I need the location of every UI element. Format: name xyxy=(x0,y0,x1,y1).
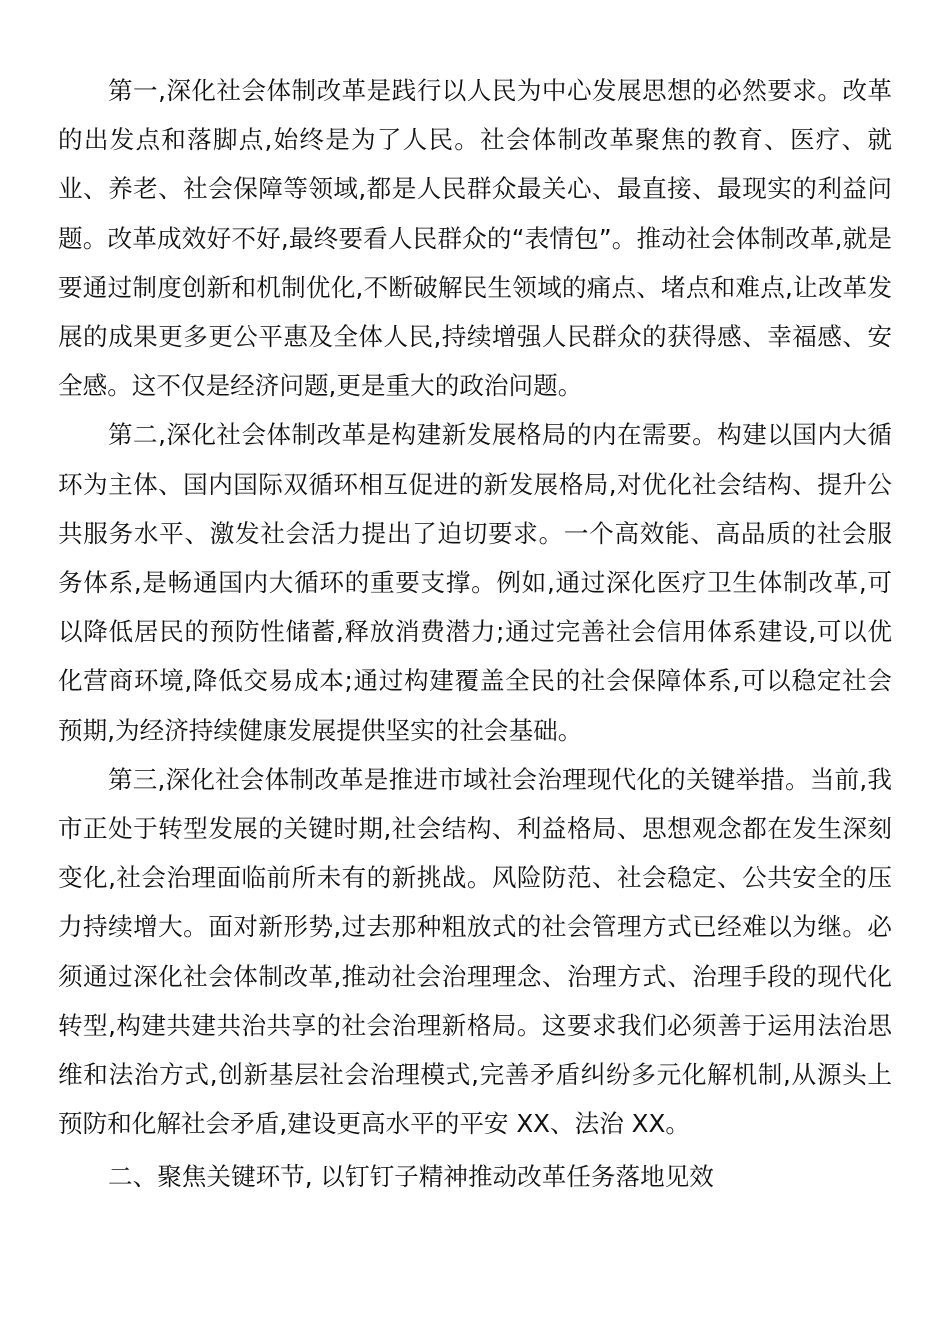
paragraph-first: 第一,深化社会体制改革是践行以人民为中心发展思想的必然要求。改革的出发点和落脚点… xyxy=(58,66,892,410)
paragraph-third: 第三,深化社会体制改革是推进市域社会治理现代化的关键举措。当前,我市正处于转型发… xyxy=(58,755,892,1149)
document-page: 第一,深化社会体制改革是践行以人民为中心发展思想的必然要求。改革的出发点和落脚点… xyxy=(58,66,892,1202)
paragraph-second: 第二,深化社会体制改革是构建新发展格局的内在需要。构建以国内大循环为主体、国内国… xyxy=(58,410,892,754)
section-heading: 二、聚焦关键环节, 以钉钉子精神推动改革任务落地见效 xyxy=(58,1152,892,1201)
